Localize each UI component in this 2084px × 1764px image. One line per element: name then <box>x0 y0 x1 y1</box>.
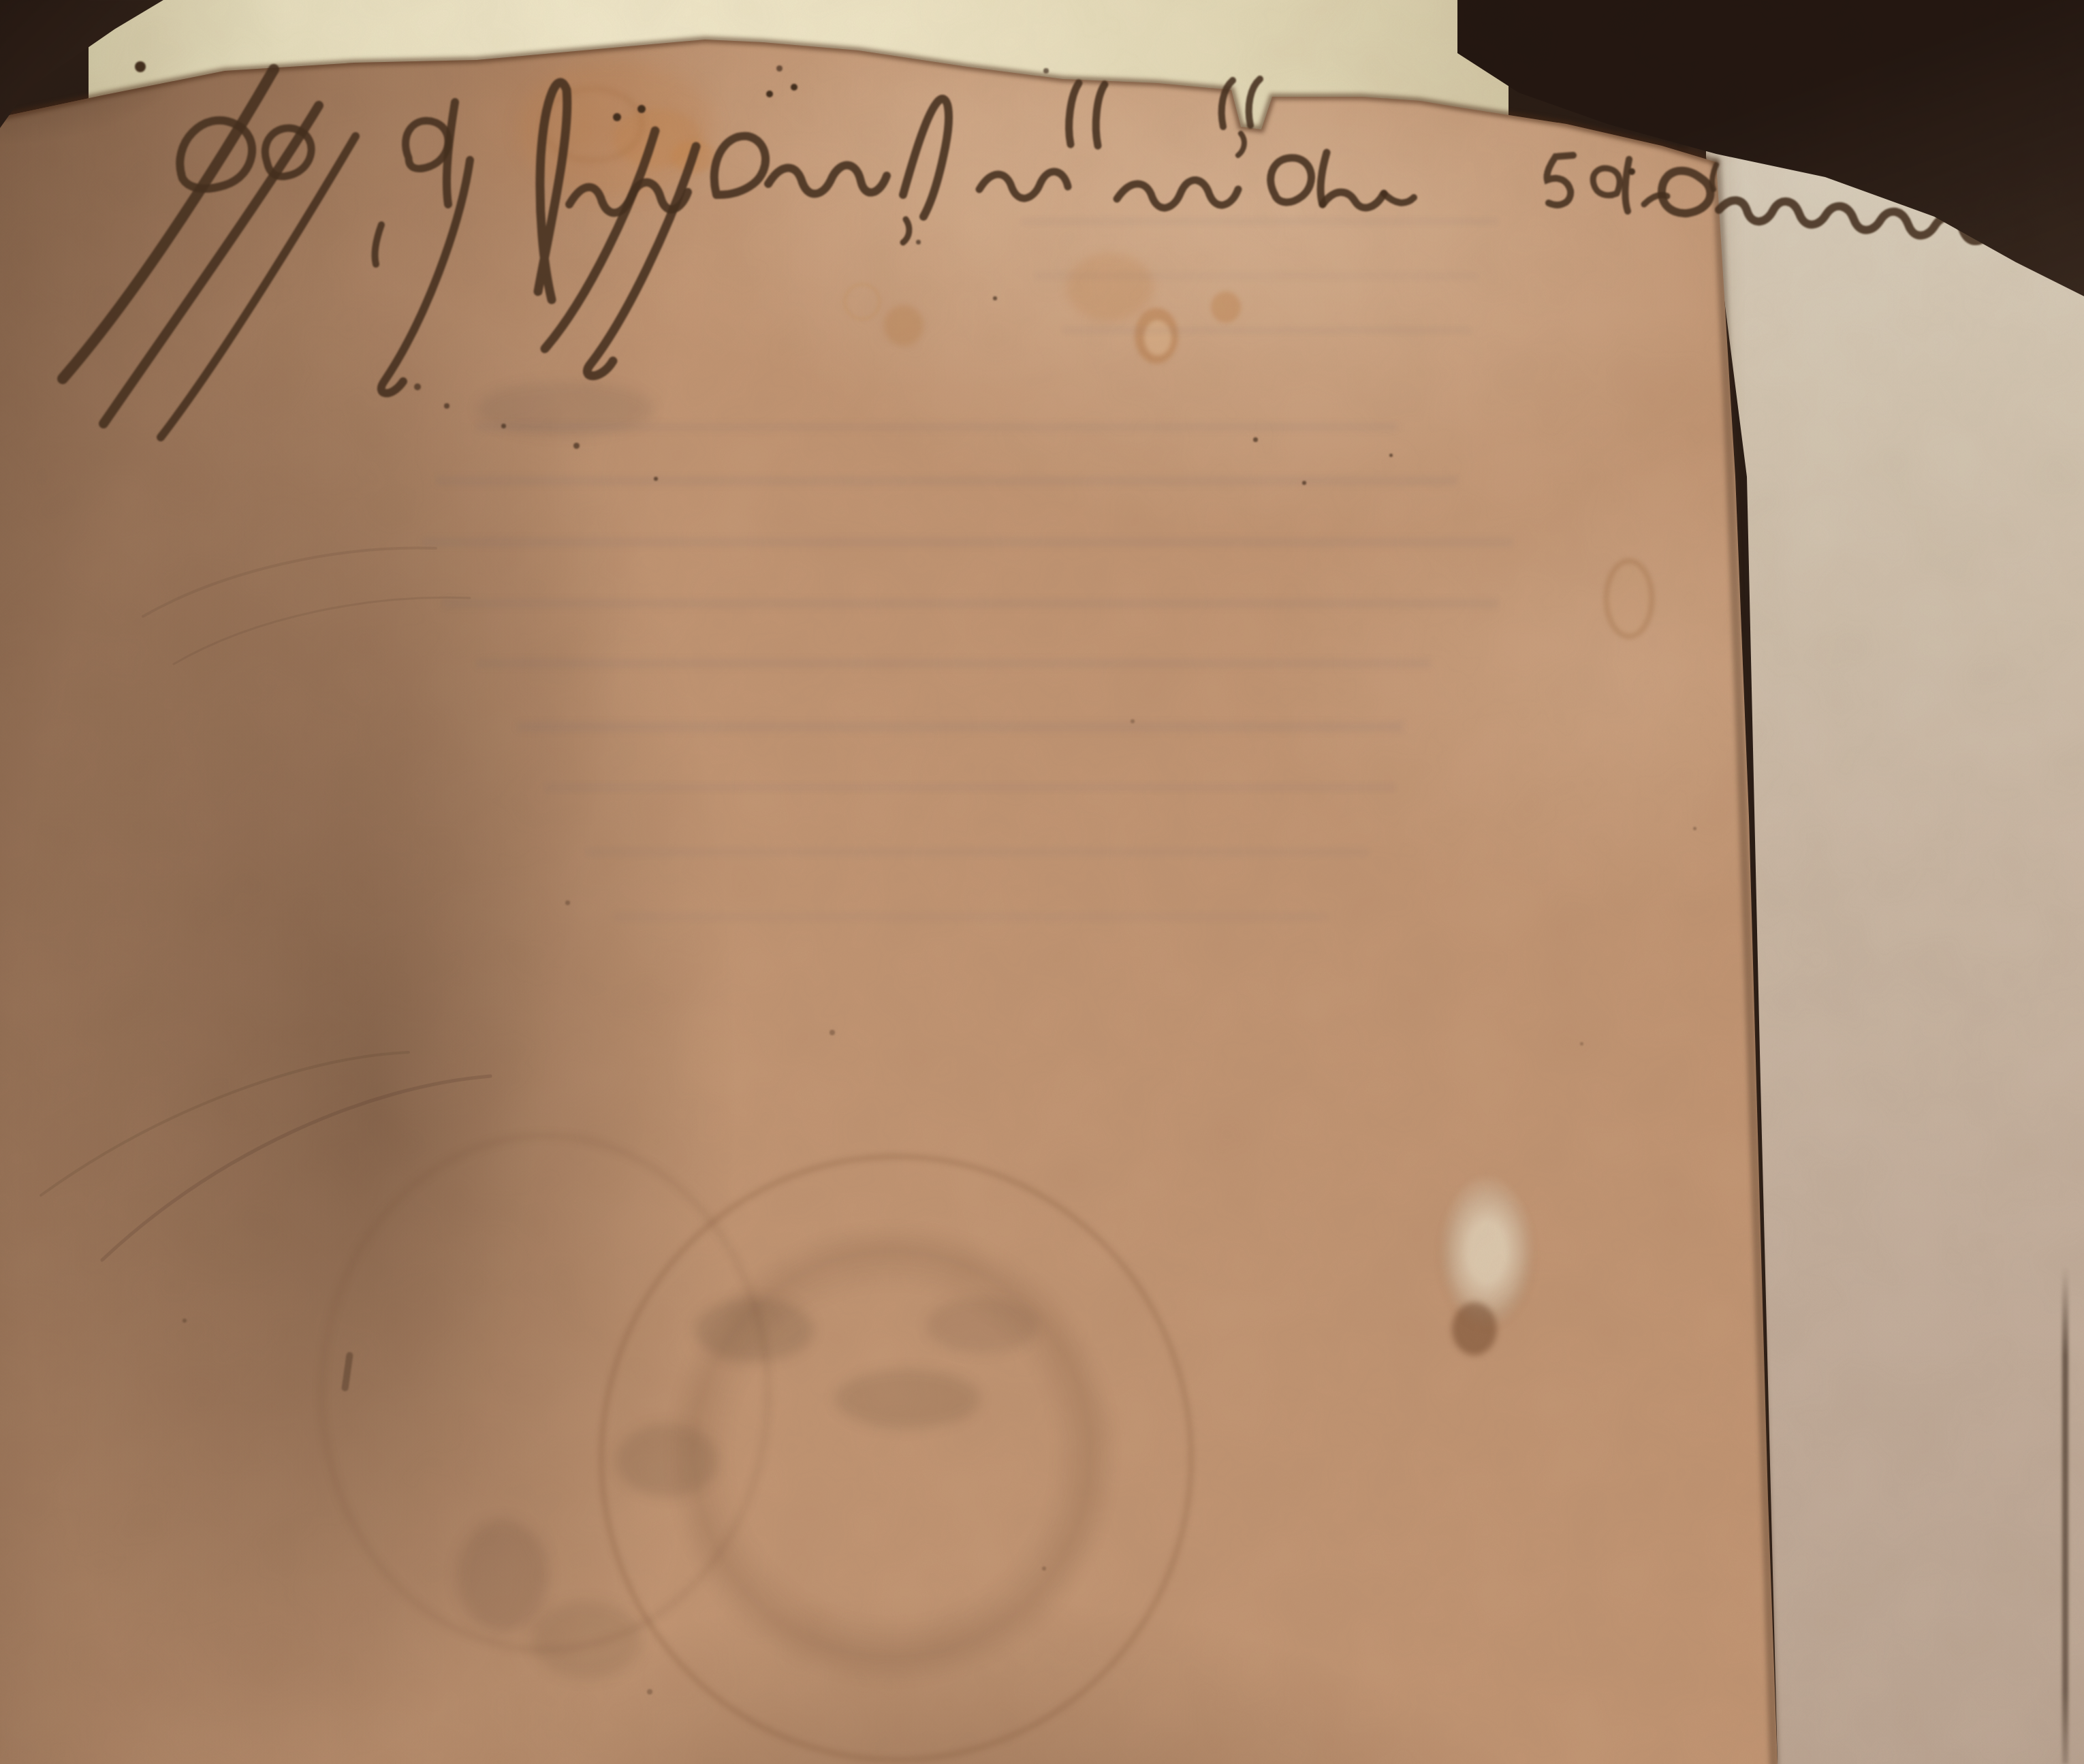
deckle-edge-line <box>0 40 1774 1764</box>
page-marks-svg <box>0 0 2084 1764</box>
photo-canvas <box>0 0 2084 1764</box>
crease-arcs <box>41 548 490 1260</box>
